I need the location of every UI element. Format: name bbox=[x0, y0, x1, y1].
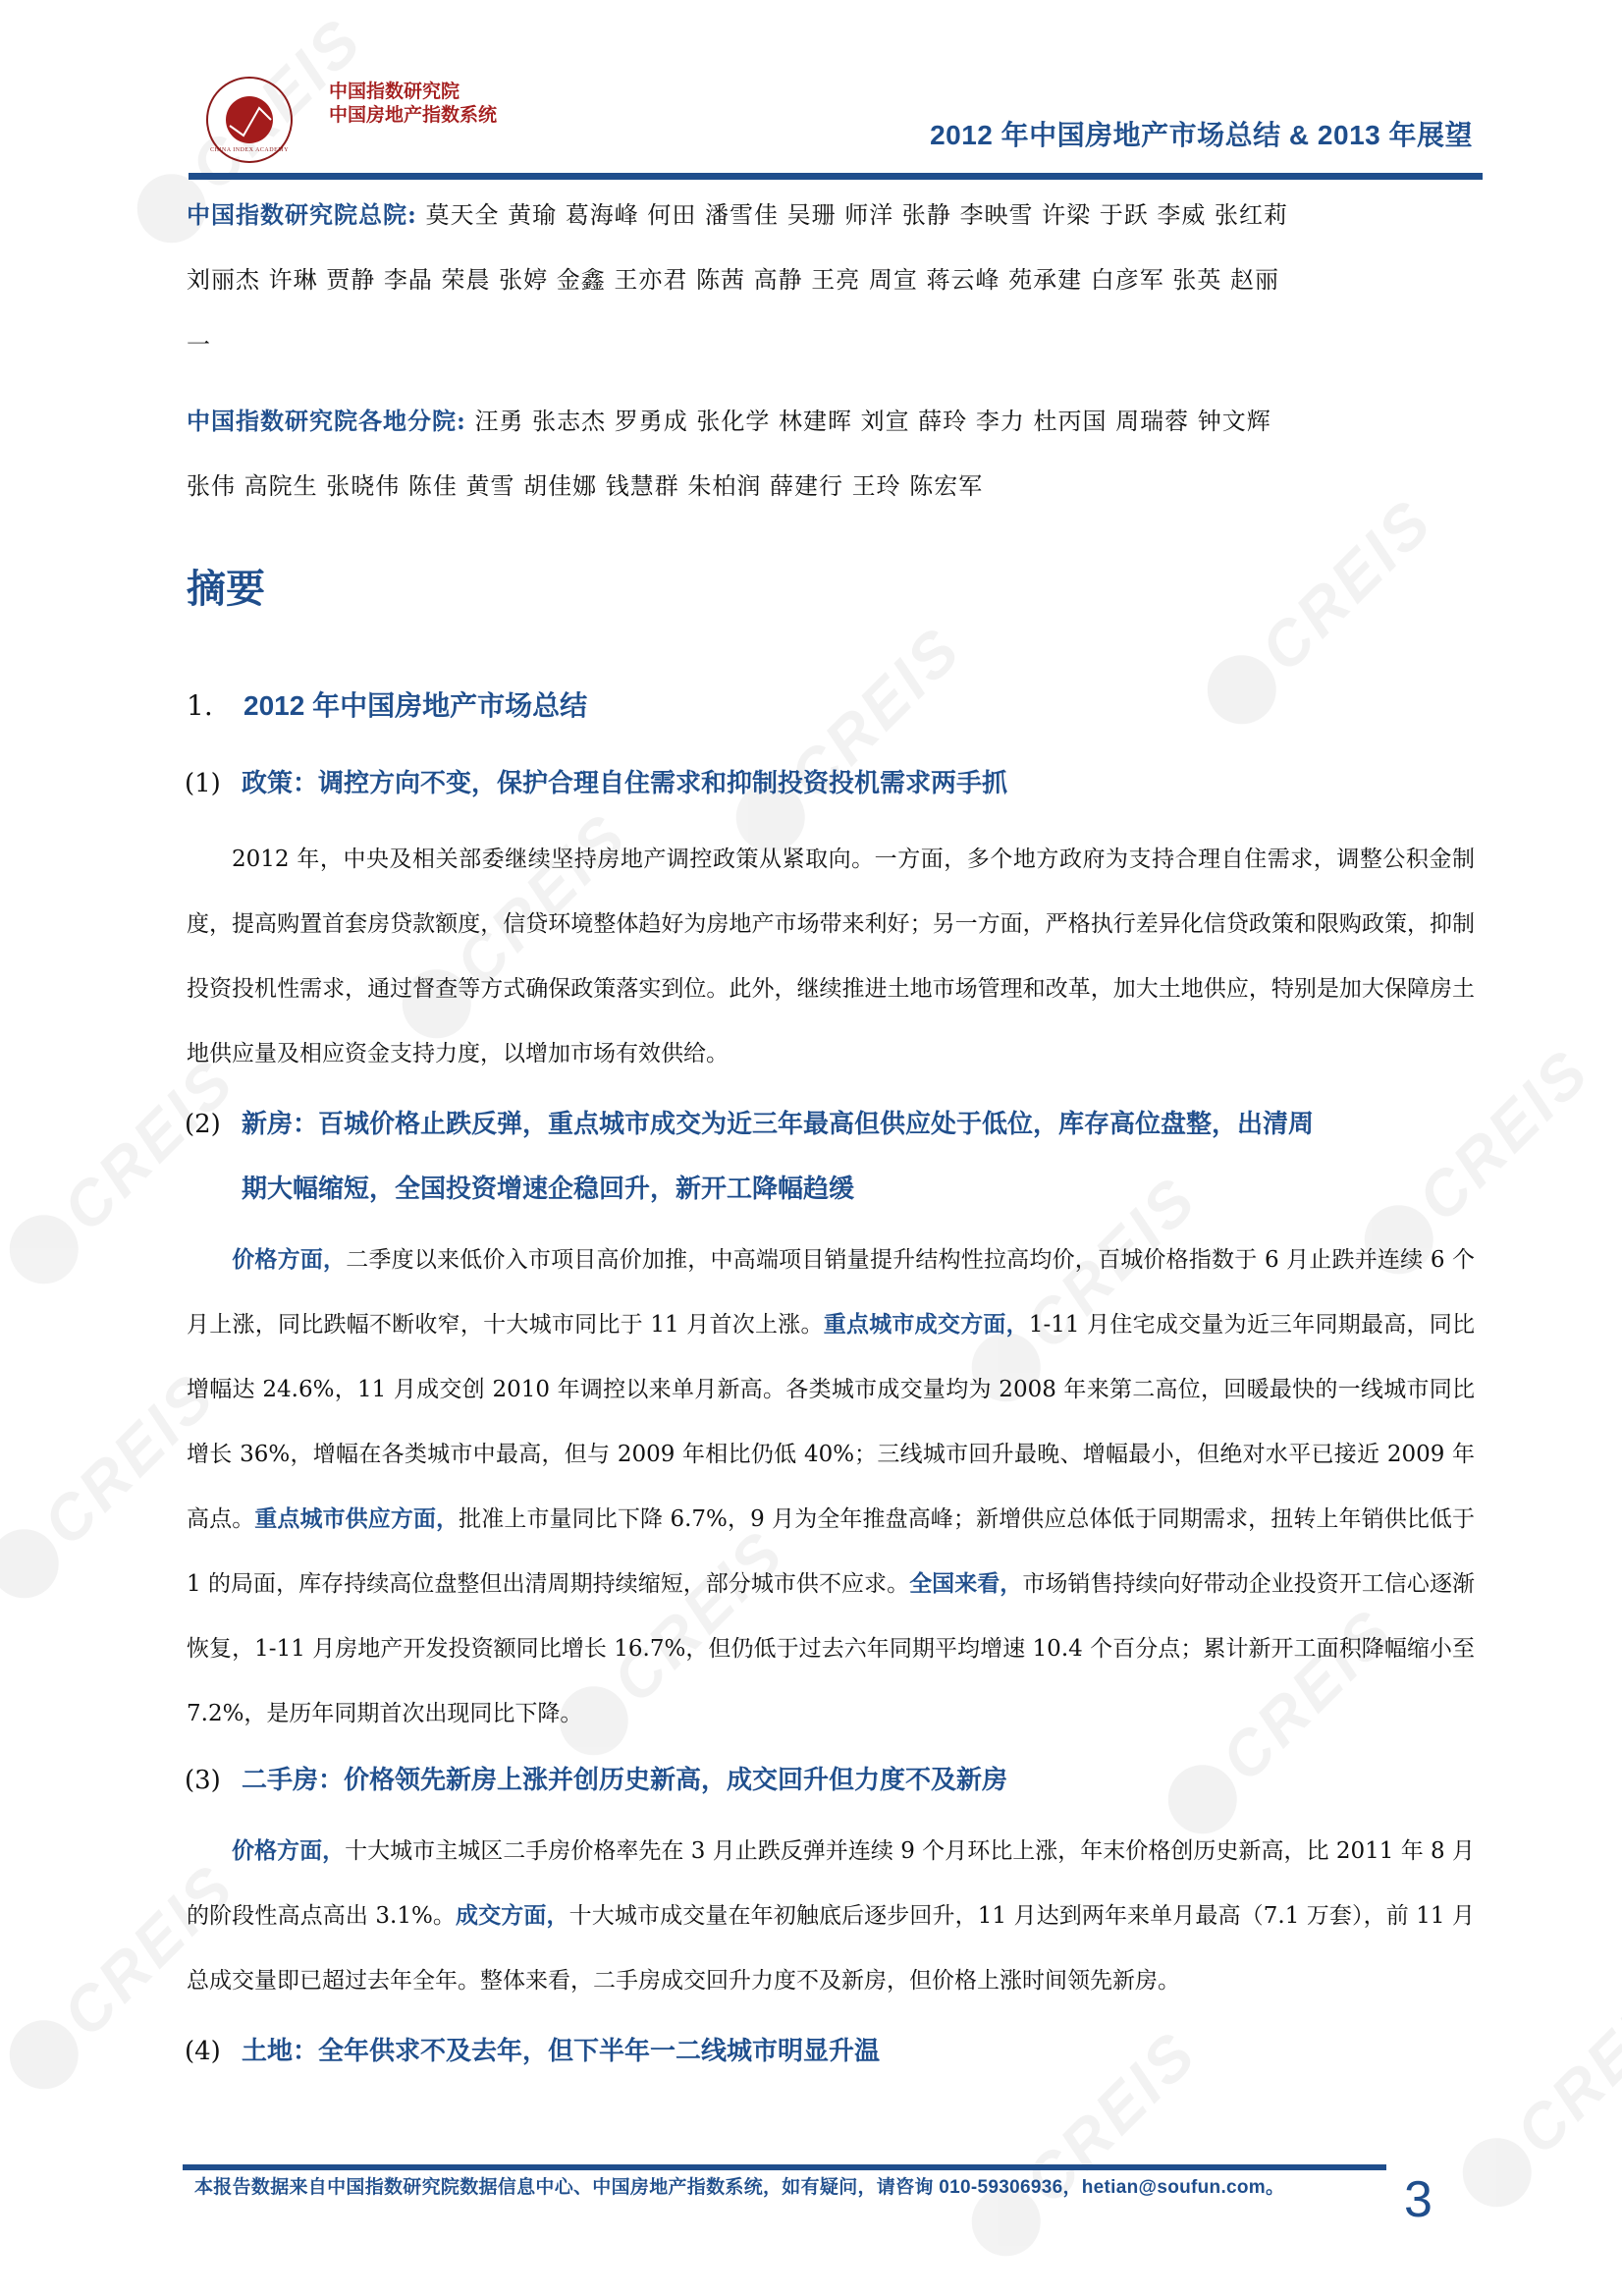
price-label: 价格方面， bbox=[232, 1246, 346, 1273]
logo-line-2: 中国房地产指数系统 bbox=[329, 104, 497, 128]
subsection-number: (2) bbox=[185, 1092, 242, 1157]
page-header: CHINA INDEX ACADEMY 中国指数研究院 中国房地产指数系统 20… bbox=[0, 0, 1622, 196]
hq-names-line-2: 刘丽杰 许琳 贾静 李晶 荣晨 张婷 金鑫 王亦君 陈茜 高静 王亮 周宣 蒋云… bbox=[187, 247, 1473, 312]
subsection-number: (1) bbox=[185, 751, 242, 816]
hq-names-line-3: 一 bbox=[187, 312, 1473, 377]
subsection-3-heading: (3)二手房：价格领先新房上涨并创历史新高，成交回升但力度不及新房 bbox=[185, 1748, 1481, 1813]
deal-label: 重点城市成交方面， bbox=[824, 1311, 1029, 1338]
branch-names-line-1: 汪勇 张志杰 罗勇成 张化学 林建晖 刘宣 薛玲 李力 杜丙国 周瑞蓉 钟文辉 bbox=[475, 408, 1271, 435]
deal-label: 成交方面， bbox=[456, 1902, 569, 1929]
logo-text: 中国指数研究院 中国房地产指数系统 bbox=[329, 81, 497, 128]
section-title: 2012 年中国房地产市场总结 bbox=[243, 690, 587, 721]
subsection-title: 二手房：价格领先新房上涨并创历史新高，成交回升但力度不及新房 bbox=[242, 1766, 1007, 1795]
branch-authors: 中国指数研究院各地分院: 汪勇 张志杰 罗勇成 张化学 林建晖 刘宣 薛玲 李力… bbox=[187, 389, 1473, 519]
footer-divider bbox=[183, 2164, 1386, 2170]
subsection-2-heading: (2)新房：百城价格止跌反弹，重点城市成交为近三年最高但供应处于低位，库存高位盘… bbox=[185, 1092, 1481, 1222]
subsection-title: 新房：百城价格止跌反弹，重点城市成交为近三年最高但供应处于低位，库存高位盘整，出… bbox=[242, 1110, 1314, 1139]
national-label: 全国来看， bbox=[909, 1570, 1022, 1597]
price-label: 价格方面， bbox=[232, 1837, 345, 1864]
logo-seal-icon bbox=[226, 96, 273, 143]
subsection-title: 政策：调控方向不变，保护合理自住需求和抑制投资投机需求两手抓 bbox=[242, 769, 1007, 798]
subsection-title-cont: 期大幅缩短，全国投资增速企稳回升，新开工降幅趋缓 bbox=[185, 1157, 1481, 1222]
policy-text: 2012 年，中央及相关部委继续坚持房地产调控政策从紧取向。一方面，多个地方政府… bbox=[187, 847, 1475, 1066]
footer-contact-note: 本报告数据来自中国指数研究院数据信息中心、中国房地产指数系统，如有疑问，请咨询 … bbox=[194, 2172, 1284, 2199]
page-number: 3 bbox=[1404, 2170, 1433, 2229]
section-number: 1. bbox=[187, 689, 243, 722]
creis-watermark: CREIS bbox=[1192, 484, 1447, 739]
subsection-1-heading: (1)政策：调控方向不变，保护合理自住需求和抑制投资投机需求两手抓 bbox=[185, 751, 1481, 816]
summary-heading: 摘要 bbox=[187, 558, 265, 614]
report-title: 2012 年中国房地产市场总结 & 2013 年展望 bbox=[930, 114, 1473, 153]
deal-text: 1-11 月住宅成交量为近三年同期最高，同比增幅达 24.6%，11 月成交创 … bbox=[187, 1312, 1475, 1532]
hq-authors: 中国指数研究院总院: 莫天全 黄瑜 葛海峰 何田 潘雪佳 吴珊 师洋 张静 李映… bbox=[187, 183, 1473, 377]
subsection-number: (4) bbox=[185, 2019, 242, 2084]
header-divider bbox=[189, 173, 1483, 180]
logo-ring-text: CHINA INDEX ACADEMY bbox=[208, 147, 291, 153]
resale-paragraph: 价格方面，十大城市主城区二手房价格率先在 3 月止跌反弹并连续 9 个月环比上涨… bbox=[187, 1819, 1475, 2013]
subsection-number: (3) bbox=[185, 1748, 242, 1813]
hq-names-line-1: 莫天全 黄瑜 葛海峰 何田 潘雪佳 吴珊 师洋 张静 李映雪 许梁 于跃 李威 … bbox=[426, 201, 1289, 229]
china-index-academy-logo: CHINA INDEX ACADEMY bbox=[206, 77, 293, 163]
subsection-4-heading: (4)土地：全年供求不及去年，但下半年一二线城市明显升温 bbox=[185, 2019, 1481, 2084]
branch-label: 中国指数研究院各地分院: bbox=[187, 407, 466, 435]
logo-line-1: 中国指数研究院 bbox=[329, 81, 497, 104]
section-1-heading: 1.2012 年中国房地产市场总结 bbox=[187, 684, 587, 724]
hq-label: 中国指数研究院总院: bbox=[187, 200, 417, 229]
supply-label: 重点城市供应方面， bbox=[254, 1505, 459, 1532]
subsection-title: 土地：全年供求不及去年，但下半年一二线城市明显升温 bbox=[242, 2037, 880, 2066]
branch-names-line-2: 张伟 高院生 张晓伟 陈佳 黄雪 胡佳娜 钱慧群 朱柏润 薛建行 王玲 陈宏军 bbox=[187, 454, 1473, 519]
new-housing-paragraph: 价格方面，二季度以来低价入市项目高价加推，中高端项目销量提升结构性拉高均价，百城… bbox=[187, 1228, 1475, 1746]
policy-paragraph: 2012 年，中央及相关部委继续坚持房地产调控政策从紧取向。一方面，多个地方政府… bbox=[187, 827, 1475, 1086]
